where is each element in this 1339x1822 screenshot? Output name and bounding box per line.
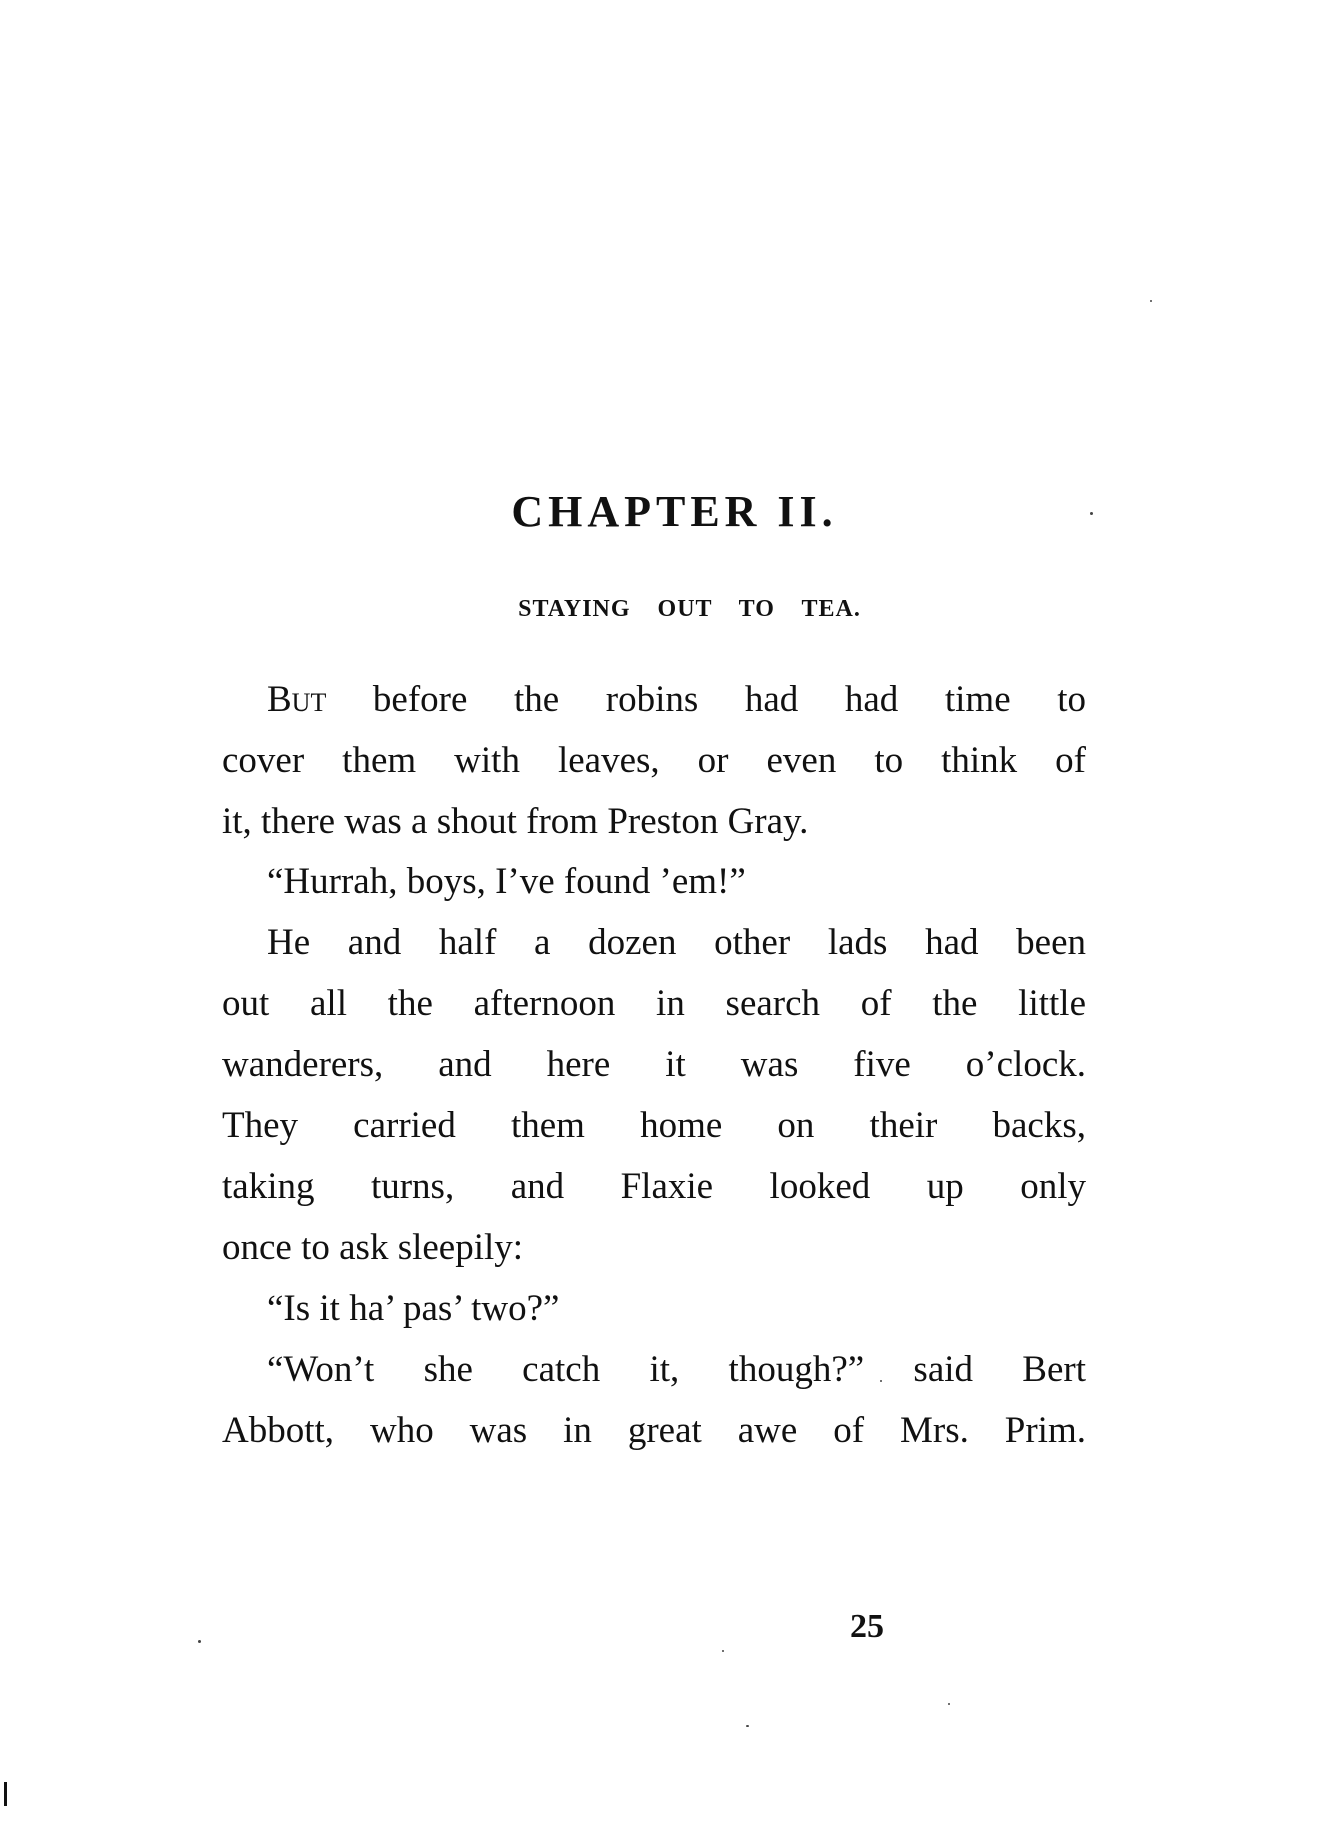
chapter-title: CHAPTER II. bbox=[0, 486, 1339, 537]
scan-speck bbox=[722, 1650, 724, 1652]
text-line: “Is it ha’ pas’ two?” bbox=[222, 1289, 1086, 1329]
text-line: Abbott, who was in great awe of Mrs. Pri… bbox=[222, 1411, 1086, 1451]
text-line: “Hurrah, boys, I’ve found ’em!” bbox=[222, 862, 1086, 902]
scan-speck bbox=[746, 1725, 749, 1727]
scan-speck bbox=[1090, 512, 1093, 515]
text-line: He and half a dozen other lads had been bbox=[222, 923, 1086, 963]
text-line: wanderers, and here it was five o’clock. bbox=[222, 1045, 1086, 1085]
text-line: taking turns, and Flaxie looked up only bbox=[222, 1167, 1086, 1207]
text-line: They carried them home on their backs, bbox=[222, 1106, 1086, 1146]
scan-speck bbox=[880, 1380, 882, 1382]
book-page: CHAPTER II. STAYING OUT TO TEA. But befo… bbox=[0, 0, 1339, 1822]
scan-speck bbox=[1150, 300, 1152, 302]
drop-word: But bbox=[267, 679, 326, 720]
chapter-subtitle: STAYING OUT TO TEA. bbox=[0, 596, 1339, 623]
margin-mark bbox=[4, 1782, 7, 1806]
text-line: once to ask sleepily: bbox=[222, 1228, 1086, 1268]
text-line: “Won’t she catch it, though?” said Bert bbox=[222, 1350, 1086, 1390]
text-line: But before the robins had had time to bbox=[222, 680, 1086, 720]
scan-speck bbox=[948, 1703, 950, 1705]
text-line: cover them with leaves, or even to think… bbox=[222, 741, 1086, 781]
text-line: out all the afternoon in search of the l… bbox=[222, 984, 1086, 1024]
page-number: 25 bbox=[850, 1608, 884, 1646]
text-line: it, there was a shout from Preston Gray. bbox=[222, 802, 1086, 842]
scan-speck bbox=[198, 1640, 201, 1643]
